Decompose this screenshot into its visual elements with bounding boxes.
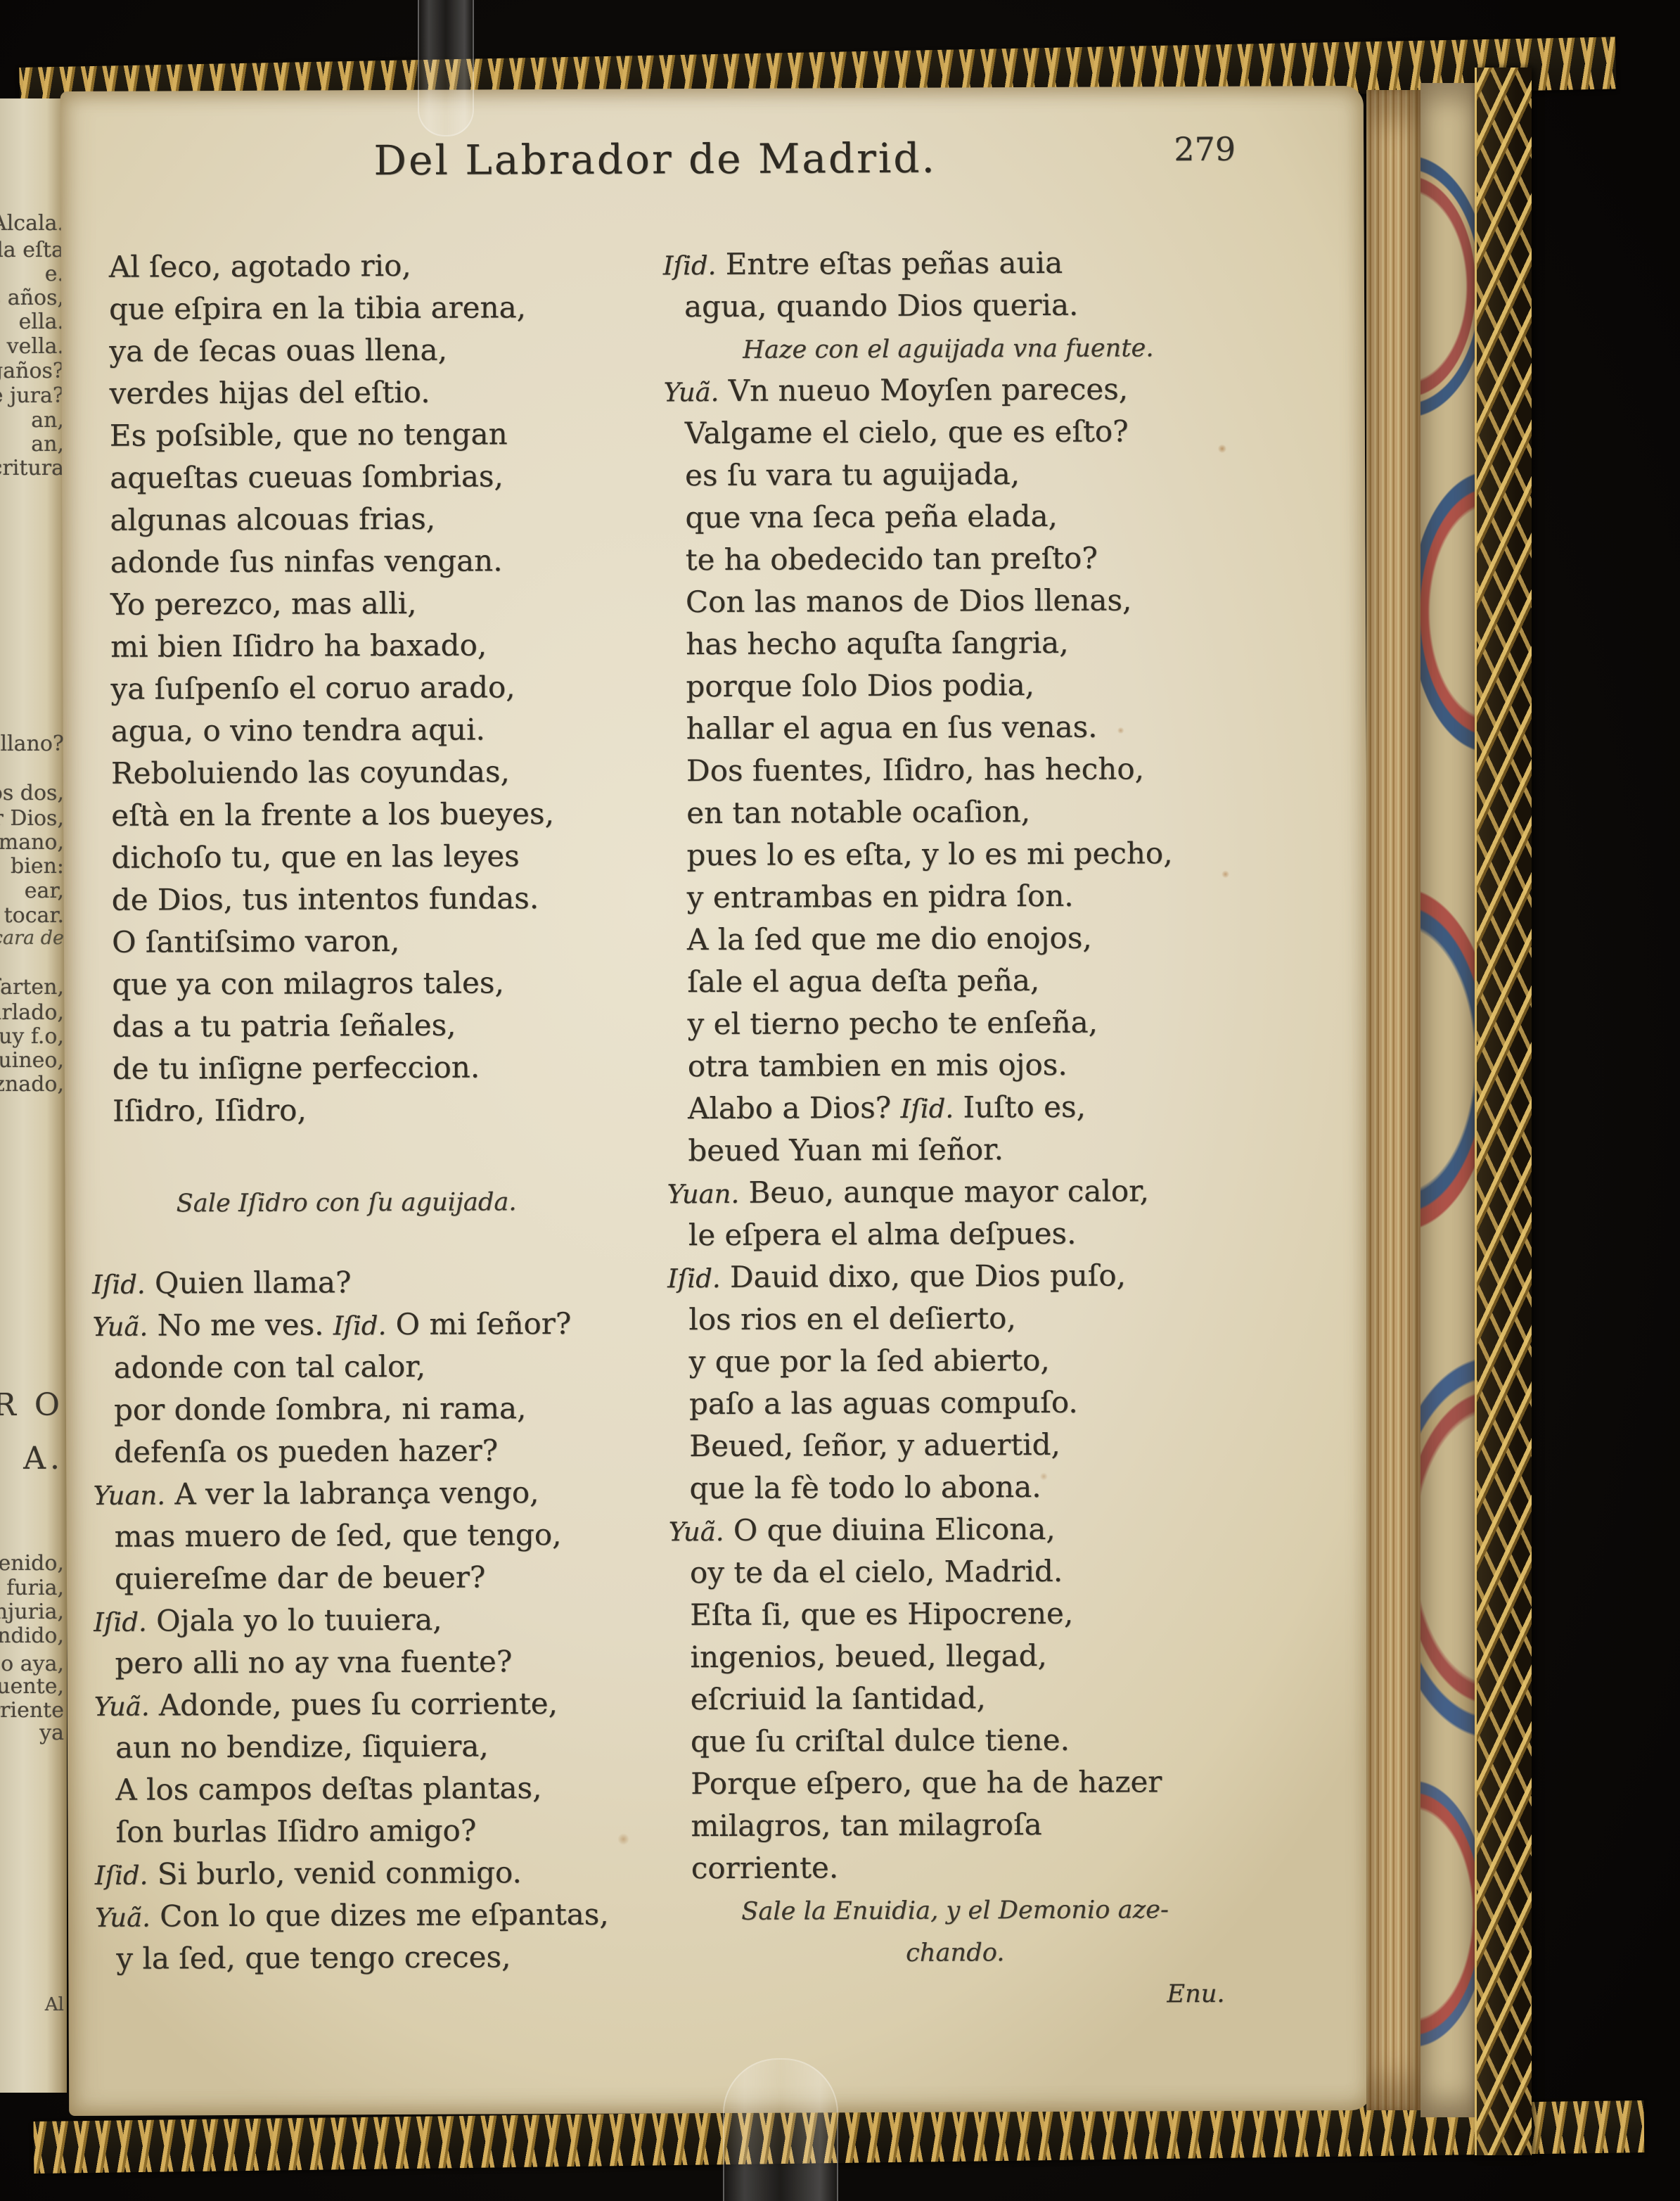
verse-text: das a tu patria ſeñales, — [112, 1008, 456, 1044]
speaker-label: Yuã. — [664, 377, 719, 407]
verse-text: Es poſsible, que no tengan — [110, 416, 508, 452]
facing-page-text-fragment: ear, — [25, 879, 64, 903]
facing-page-text-fragment: an, — [31, 432, 64, 457]
verse-text: Dos fuentes, Iſidro, has hecho, — [686, 751, 1144, 788]
verse-line: Yuã. Adonde, pues ſu corriente, — [94, 1683, 636, 1727]
stage-direction: Sale Iſidro con ſu aguijada. — [91, 1180, 633, 1224]
verse-line: Beued, ſeñor, y aduertid, — [668, 1423, 1238, 1468]
verse-text: ſale el agua deſta peña, — [687, 963, 1039, 999]
facing-page-text-fragment: Guineo, — [0, 1048, 64, 1073]
verse-text: Reboluiendo las coyundas, — [111, 754, 510, 790]
verse-line: y la ſed, que tengo creces, — [95, 1936, 636, 1980]
verse-line: Dos fuentes, Iſidro, has hecho, — [665, 748, 1235, 793]
verse-text: agua, quando Dios queria. — [684, 288, 1078, 324]
facing-page-text-fragment: bas de vella. — [0, 334, 64, 359]
verse-line: hallar el agua en ſus venas. — [665, 706, 1235, 751]
verse-text: es ſu vara tu aguijada, — [685, 457, 1020, 492]
page-number: 279 — [1174, 130, 1236, 168]
speaker-label: Iſid. — [92, 1270, 146, 1300]
verse-line: es ſu vara tu aguijada, — [664, 452, 1233, 497]
verse-text: en tan notable ocaſion, — [686, 794, 1030, 830]
verse-line: pues lo es eſta, y lo es mi pecho, — [665, 832, 1235, 877]
verse-line: los rios en el deſierto, — [667, 1296, 1237, 1341]
verse-line: Yuã. Con lo que dizes me eſpantas, — [95, 1894, 636, 1938]
verse-line: Iſidro, Iſidro, — [91, 1088, 633, 1133]
speaker-label: Iſid. — [900, 1094, 954, 1124]
speaker-label: Yuã. — [92, 1312, 148, 1342]
facing-page-text-fragment: an, — [31, 408, 64, 433]
verse-text: que vna ſeca peña elada, — [685, 499, 1058, 535]
left-text-column: Al ſeco, agotado rio,que eſpira en la ti… — [88, 244, 637, 1980]
verse-line: milagros, tan milagroſa — [669, 1803, 1239, 1848]
verse-line: Iſid. Dauid dixo, que Dios puſo, — [667, 1254, 1237, 1299]
facing-page-text-fragment: enido, — [0, 1551, 64, 1576]
verse-line: Es poſsible, que no tengan — [89, 413, 630, 457]
facing-page-text-fragment: . Só engaños? — [0, 359, 64, 383]
verse-line: Yuã. No me ves. Iſid. O mi ſeñor? — [92, 1303, 634, 1347]
verse-text: Al ſeco, agotado rio, — [109, 248, 411, 284]
stage-direction: Sale la Enuidia, y el Demonio aze- — [670, 1887, 1240, 1932]
facing-page-text-fragment: uy f.o, — [0, 1024, 64, 1049]
verse-text: dichoſo tu, que en las leyes — [111, 838, 519, 875]
verse-line: adonde ſus ninfas vengan. — [89, 540, 631, 584]
verse-line: A la ſed que me dio enojos, — [666, 917, 1236, 962]
catchword: Enu. — [670, 1972, 1240, 2017]
verse-text: por donde ſombra, ni rama, — [114, 1391, 527, 1427]
verse-text: agua, o vino tendra aqui. — [111, 712, 485, 748]
verse-text: ſon burlas Iſidro amigo? — [115, 1813, 476, 1849]
verse-text: Iſidro, Iſidro, — [113, 1093, 307, 1128]
speaker-label: Yuã. — [95, 1903, 150, 1933]
verse-text: adonde con tal calor, — [114, 1349, 426, 1385]
facing-page-text-fragment: ya — [39, 1721, 64, 1745]
facing-page-text-fragment: E R O — [0, 1387, 64, 1423]
verse-line: aun no bendize, ſiquiera, — [94, 1725, 636, 1769]
verse-text: Adonde, pues ſu corriente, — [149, 1686, 558, 1723]
verse-text: aqueſtas cueuas ſombrias, — [110, 459, 504, 495]
verse-text: paſo a las aguas compuſo. — [689, 1385, 1078, 1421]
speaker-label: Yuã. — [669, 1517, 724, 1547]
verse-text: Beuo, aunque mayor calor, — [739, 1173, 1149, 1210]
facing-page-text-fragment: r Dios, — [0, 806, 64, 831]
verse-text: No me ves. — [148, 1307, 333, 1342]
speaker-label: Yuan. — [93, 1480, 165, 1510]
verse-line: Iſid. Ojala yo lo tuuiera, — [94, 1598, 635, 1642]
verse-line: y entrambas en pidra ſon. — [666, 874, 1236, 919]
verse-line: das a tu patria ſeñales, — [91, 1004, 632, 1048]
speaker-label: Iſid. — [94, 1607, 147, 1638]
verse-line: Yuan. Beuo, aunque mayor calor, — [667, 1170, 1236, 1215]
gilt-leather-border — [1475, 68, 1532, 2155]
facing-page-text-fragment: ella. — [19, 310, 64, 334]
verse-line: dichoſo tu, que en las leyes — [90, 835, 631, 879]
speaker-label: Yuan. — [667, 1179, 739, 1209]
verse-text: Alabo a Dios? — [688, 1090, 901, 1125]
verse-line: Alabo a Dios? Iſid. Iuſto es, — [667, 1085, 1236, 1130]
verse-text: y entrambas en pidra ſon. — [687, 879, 1074, 914]
verse-line: agua, quando Dios queria. — [663, 283, 1233, 328]
verse-text: te ha obedecido tan preſto? — [686, 541, 1098, 578]
speaker-label: Sale la Enuidia, y el Demonio aze- — [741, 1895, 1169, 1926]
verse-line: por donde ſombra, ni rama, — [93, 1387, 634, 1431]
verse-line: paſo a las aguas compuſo. — [668, 1381, 1238, 1426]
facing-page-text-fragment: tocar. — [4, 903, 64, 928]
verse-line: Eſta ſi, que es Hipocrene, — [669, 1592, 1238, 1637]
verse-line: Yuã. Vn nueuo Moyſen pareces, — [663, 368, 1233, 413]
verse-line: verdes hijas del eſtio. — [88, 371, 629, 415]
verse-text: y la ſed, que tengo creces, — [116, 1939, 511, 1975]
verse-text: aun no bendize, ſiquiera, — [115, 1728, 489, 1764]
verse-line: ya ſuſpenſo el coruo arado, — [89, 666, 631, 710]
verse-text: Quien llama? — [146, 1265, 352, 1300]
verse-line: Yuã. O que diuina Elicona, — [669, 1507, 1238, 1552]
verse-line: corriente. — [670, 1845, 1240, 1890]
verse-line: algunas alcouas frias, — [89, 497, 630, 542]
verse-text: A la ſed que me dio enojos, — [687, 921, 1092, 957]
verse-line: porque ſolo Dios podia, — [665, 663, 1234, 708]
verse-line: otra tambien en mis ojos. — [667, 1043, 1236, 1088]
verse-text: hallar el agua en ſus venas. — [686, 710, 1098, 746]
verse-line: Yo perezco, mas alli, — [89, 582, 631, 626]
verse-line: ſale el agua deſta peña, — [666, 959, 1236, 1004]
verse-line: aqueſtas cueuas ſombrias, — [89, 455, 630, 499]
verse-text: otra tambien en mis ojos. — [688, 1047, 1067, 1083]
verse-line: eſtà en la frente a los bueyes, — [90, 793, 631, 837]
verse-text: que la fè todo lo abona. — [689, 1469, 1041, 1505]
verse-line: has hecho aquſta ſangria, — [665, 621, 1234, 666]
facing-page-text-fragment: orriente — [0, 1698, 64, 1723]
facing-page-text-fragment: los dos, — [0, 781, 64, 805]
verse-text: beued Yuan mi ſeñor. — [688, 1132, 1003, 1168]
verse-line: y que por la ſed abierto, — [667, 1339, 1237, 1384]
verse-text: Con lo que dizes me eſpantas, — [150, 1897, 609, 1934]
verse-line: Valgame el cielo, que es eſto? — [664, 410, 1233, 455]
verse-line: mi bien Iſidro ha baxado, — [89, 624, 631, 668]
running-title: Del Labrador de Madrid. — [87, 133, 1223, 186]
verse-text: de tu inſigne perfeccion. — [113, 1050, 480, 1085]
speaker-label: Iſid. — [663, 250, 717, 281]
verse-line: Iſid. Entre eſtas peñas auia — [663, 241, 1233, 286]
verse-line: de tu inſigne perfeccion. — [91, 1046, 633, 1090]
facing-page-text-fragment: e. malos años, — [0, 286, 64, 310]
verse-text: has hecho aquſta ſangria, — [686, 625, 1069, 661]
plastic-holding-strip-bottom — [723, 2058, 838, 2201]
verse-text: oy te da el cielo, Madrid. — [690, 1554, 1063, 1590]
facing-page-text-fragment: bien: — [11, 854, 64, 879]
verse-line: Reboluiendo las coyundas, — [90, 751, 631, 795]
verse-text: mas muero de ſed, que tengo, — [115, 1517, 562, 1554]
facing-page-text-fragment: la injuria, — [0, 1600, 64, 1624]
verse-text: ingenios, beued, llegad, — [690, 1638, 1047, 1674]
verse-text: Entre eſtas peñas auia — [716, 245, 1063, 281]
speaker-label: Iſid. — [667, 1263, 721, 1294]
verse-line: Iſid. Si burlo, venid conmigo. — [95, 1851, 636, 1896]
verse-text: le eſpera el alma deſpues. — [688, 1216, 1077, 1252]
verse-text: ya ſuſpenſo el coruo arado, — [110, 670, 515, 706]
speaker-label: Sale Iſidro con ſu aguijada. — [177, 1187, 517, 1218]
verse-text: defenſa os pueden hazer? — [114, 1433, 498, 1469]
facing-page-text-fragment: s bien tiznado, — [0, 1072, 64, 1097]
verse-text: y que por la ſed abierto, — [689, 1343, 1050, 1379]
verse-text: y el tierno pecho te enſeña, — [687, 1005, 1098, 1042]
facing-page-text-fragment: fuente, — [0, 1674, 64, 1699]
facing-page-text-fragment: er. Que jura? — [0, 383, 64, 408]
verse-line: Con las manos de Dios llenas, — [665, 579, 1234, 624]
verse-line: te ha obedecido tan preſto? — [665, 537, 1234, 582]
verse-text: mi bien Iſidro ha baxado, — [110, 627, 487, 663]
verse-line: Al ſeco, agotado rio, — [88, 244, 629, 288]
facing-page-text-fragment: furia, — [6, 1576, 64, 1600]
verse-text: A ver la labrança vengo, — [165, 1475, 539, 1511]
stage-direction: Haze con el aguijada vna fuente. — [663, 326, 1233, 371]
page-header: Del Labrador de Madrid. 279 — [87, 133, 1223, 187]
verse-line: que ya con milagros tales, — [91, 962, 632, 1006]
facing-page-text-fragment: vn villano? — [0, 732, 64, 756]
book-photo: a de Alcala.er. Toda eſtae.e. malos años… — [0, 0, 1680, 2201]
verse-text: eſtà en la frente a los bueyes, — [111, 796, 554, 833]
verse-line: mas muero de ſed, que tengo, — [94, 1514, 635, 1558]
verse-line: en tan notable ocaſion, — [665, 790, 1235, 835]
verse-text: corriente. — [691, 1850, 839, 1885]
verse-text: Eſta ſi, que es Hipocrene, — [690, 1596, 1073, 1632]
verse-line: que ſu criſtal dulce tiene. — [669, 1718, 1239, 1763]
verse-text: pero alli no ay vna fuente? — [115, 1644, 512, 1680]
verse-line: A los campos deſtas plantas, — [94, 1767, 636, 1811]
verse-line: beued Yuan mi ſeñor. — [667, 1128, 1236, 1173]
verse-line: y el tierno pecho te enſeña, — [666, 1001, 1236, 1046]
verse-line: pero alli no ay vna fuente? — [94, 1640, 635, 1685]
verse-line: eſcriuid la ſantidad, — [669, 1676, 1239, 1721]
verse-line: agua, o vino tendra aqui. — [90, 708, 631, 753]
facing-page-text-fragment: à ſu mano, — [0, 830, 64, 855]
verse-line: adonde con tal calor, — [93, 1345, 634, 1389]
fore-edge-page-stack — [1366, 90, 1422, 2110]
verse-text: pues lo es eſta, y lo es mi pecho, — [686, 836, 1172, 872]
verse-text: ya de ſecas ouas llena, — [109, 333, 447, 369]
verse-text: Valgame el cielo, que es eſto? — [685, 414, 1129, 450]
verse-text: O que diuina Elicona, — [724, 1512, 1056, 1548]
right-text-column: Iſid. Entre eſtas peñas auiaagua, quando… — [663, 241, 1240, 2017]
verse-line: le eſpera el alma deſpues. — [667, 1212, 1237, 1257]
speaker-label: Iſid. — [333, 1310, 387, 1341]
verse-line: que la fè todo lo abona. — [668, 1465, 1238, 1510]
verse-text: A los campos deſtas plantas, — [115, 1771, 541, 1807]
verse-line: ingenios, beued, llegad, — [669, 1634, 1238, 1679]
verse-text: Porque eſpero, que ha de hazer — [691, 1764, 1162, 1801]
verse-line: ya de ſecas ouas llena, — [88, 328, 629, 373]
verse-text: Si burlo, venid conmigo. — [148, 1855, 522, 1891]
verse-line: oy te da el cielo, Madrid. — [669, 1550, 1238, 1595]
verse-text: milagros, tan milagroſa — [691, 1807, 1041, 1843]
verse-text: eſcriuid la ſantidad, — [691, 1680, 986, 1716]
verse-text: los rios en el deſierto, — [688, 1301, 1016, 1336]
verse-line: quiereſme dar de beuer? — [94, 1556, 635, 1600]
verse-text: verdes hijas del eſtio. — [109, 375, 430, 411]
marbled-board-edge — [1421, 83, 1476, 2117]
facing-page-text-fragment: n la Eſcritura — [0, 456, 64, 480]
verse-text: Con las manos de Dios llenas, — [686, 582, 1132, 619]
facing-page-text-fragment: er. Toda eſta — [0, 238, 64, 262]
verse-line: que vna ſeca peña elada, — [664, 495, 1233, 540]
verse-text: Iuſto es, — [954, 1090, 1086, 1125]
verse-text: O mi ſeñor? — [386, 1306, 571, 1341]
facing-page-text-fragment: Al — [45, 1994, 64, 2015]
verse-text: quiereſme dar de beuer? — [115, 1559, 486, 1595]
book-page: Del Labrador de Madrid. 279 Al ſeco, ago… — [60, 86, 1373, 2116]
verse-line: que eſpira en la tibia arena, — [88, 286, 629, 331]
verse-text: Beued, ſeñor, y aduertid, — [689, 1427, 1060, 1463]
verse-text: Vn nueuo Moyſen pareces, — [719, 371, 1128, 408]
verse-line: O ſantiſsimo varon, — [91, 919, 632, 964]
speaker-label: chando. — [906, 1938, 1004, 1967]
verse-text: de Dios, tus intentos fundas. — [112, 881, 539, 917]
verse-text: que ya con milagros tales, — [112, 965, 504, 1001]
verse-line: Yuan. A ver la labrança vengo, — [93, 1472, 634, 1516]
verse-text: adonde ſus ninfas vengan. — [110, 543, 503, 579]
verse-text: Yo perezco, mas alli, — [110, 586, 417, 622]
verse-text: Ojala yo lo tuuiera, — [147, 1602, 442, 1638]
facing-page-text-fragment: e han burlado, — [0, 1000, 64, 1025]
facing-page-text-fragment: ofendido, — [0, 1623, 64, 1648]
stage-direction: chando. — [670, 1929, 1240, 1974]
plastic-holding-strip-top — [418, 0, 474, 136]
facing-page-text-fragment: A. — [23, 1441, 64, 1476]
verse-line: de Dios, tus intentos fundas. — [91, 877, 632, 921]
facing-page-text-fragment: a la cara de — [0, 927, 64, 949]
verse-text: Dauid dixo, que Dios puſo, — [720, 1258, 1126, 1294]
verse-text: O ſantiſsimo varon, — [112, 924, 399, 959]
verse-text: algunas alcouas frias, — [110, 502, 435, 537]
facing-page-text-fragment: ara, o ſarten, — [0, 975, 64, 1000]
verse-line: defenſa os pueden hazer? — [93, 1429, 634, 1474]
verse-line: Iſid. Quien llama? — [92, 1261, 634, 1305]
facing-page-edge: a de Alcala.er. Toda eſtae.e. malos años… — [0, 98, 67, 2093]
speaker-label: Enu. — [1167, 1979, 1224, 2008]
verse-line: ſon burlas Iſidro amigo? — [94, 1809, 636, 1854]
verse-line: Porque eſpero, que ha de hazer — [669, 1761, 1239, 1806]
verse-text: que eſpira en la tibia arena, — [109, 290, 526, 326]
speaker-label: Haze con el aguijada vna fuente. — [743, 333, 1153, 364]
verse-text: porque ſolo Dios podia, — [686, 668, 1034, 703]
facing-page-text-fragment: a de Alcala. — [0, 211, 64, 236]
speaker-label: Yuã. — [94, 1692, 150, 1722]
facing-page-text-fragment: o aya, — [1, 1652, 64, 1676]
speaker-label: Iſid. — [95, 1861, 148, 1891]
verse-text: que ſu criſtal dulce tiene. — [691, 1723, 1070, 1759]
